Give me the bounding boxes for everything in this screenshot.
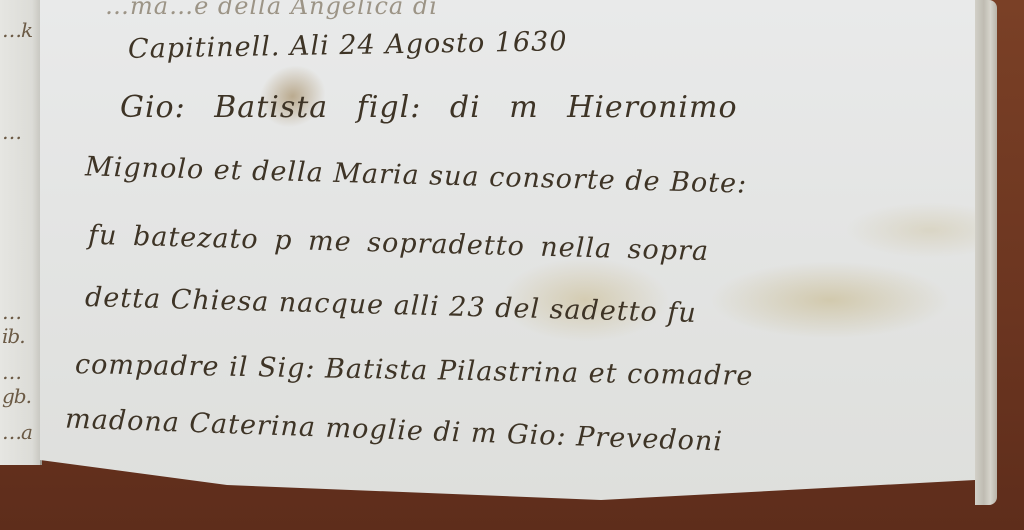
left-page-fragment: … [2,120,21,144]
document-photo: …k … …ib. …gb. …a …ma…e della Angelica d… [0,0,1024,530]
handwritten-line-0: …ma…e della Angelica di [105,0,438,20]
handwritten-line-4: fu batezato p me sopradetto nella sopra [88,220,710,267]
handwritten-line-2: Gio: Batista figl: di m Hieronimo [120,90,738,125]
register-page: …ma…e della Angelica di Capitinell. Ali … [40,0,975,500]
handwritten-line-7: madona Caterina moglie di m Gio: Prevedo… [65,404,724,458]
left-page-fragment: …gb. [2,360,40,408]
handwritten-line-5: detta Chiesa nacque alli 23 del sadetto … [85,282,697,329]
handwritten-line-3: Mignolo et della Maria sua consorte de B… [85,151,748,199]
handwritten-line-1: Capitinell. Ali 24 Agosto 1630 [128,26,568,65]
handwritten-line-6: compadre il Sig: Batista Pilastrina et c… [75,349,754,392]
left-page-fragment: …a [2,420,32,444]
page-stack-edge [975,0,997,505]
left-page-fragment: …k [2,18,32,42]
left-page-fragment: …ib. [2,300,40,348]
previous-page-edge: …k … …ib. …gb. …a [0,0,42,465]
